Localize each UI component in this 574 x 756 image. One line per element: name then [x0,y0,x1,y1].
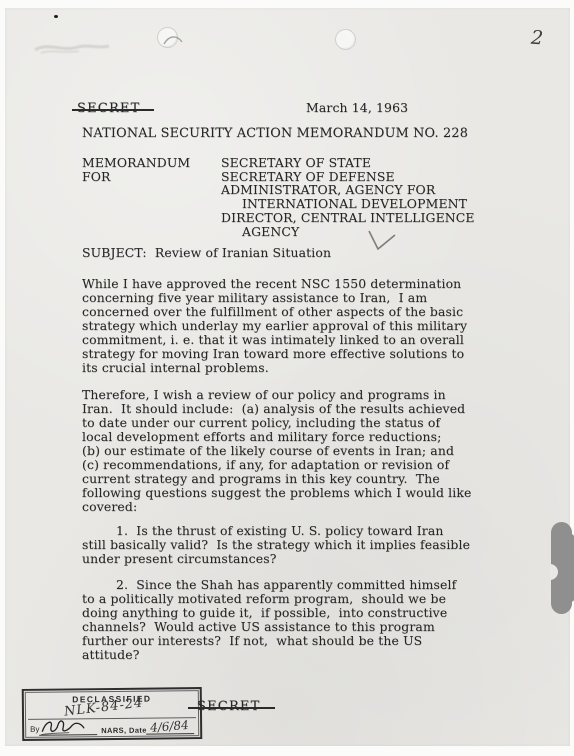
stamp-by-underline [39,734,97,736]
page-number-handwritten: 2 [530,27,544,50]
paper-background: 2 SECRET March 14, 1963 NATIONAL SECURIT… [5,8,570,746]
stamp-date-handwritten: 4/6/84 [150,718,190,735]
stamp-date-underline [146,733,194,735]
ink-dot [54,15,58,18]
declassified-label: DECLASSIFIED [24,693,200,705]
body-paragraph-2: Therefore, I wish a review of our policy… [82,388,564,514]
hole-punch-right [335,29,356,50]
pen-hook-mark [162,33,184,47]
subject-text: Review of Iranian Situation [155,245,331,260]
recipient-line: AGENCY [221,225,475,239]
memorandum-for-block: MEMORANDUM FOR SECRETARY OF STATE SECRET… [82,156,475,238]
signature-scribble [39,717,87,738]
stamp-reference-handwritten: NLK-84-24 [63,696,144,720]
memorandum-for-label: MEMORANDUM FOR [82,156,221,238]
recipient-line: ADMINISTRATOR, AGENCY FOR [221,183,475,197]
classification-stamp-top: SECRET [77,101,141,116]
recipient-line: INTERNATIONAL DEVELOPMENT [221,197,475,211]
body-question-2: 2. Since the Shah has apparently committ… [82,578,564,662]
stamp-by-label: By [30,725,39,734]
body-question-1: 1. Is the thrust of existing U. S. polic… [82,524,564,566]
strikethrough-line [188,707,275,709]
classification-stamp-bottom: SECRET [197,699,261,714]
subject-label: SUBJECT: [82,245,147,260]
stamp-divider-line [28,717,196,720]
subject-line: SUBJECT: Review of Iranian Situation [82,246,331,260]
declassified-stamp: DECLASSIFIED NLK-84-24 By NARS, Date 4/6… [22,687,203,741]
document-date: March 14, 1963 [306,101,408,115]
pencil-smudge [33,38,113,56]
document-title: NATIONAL SECURITY ACTION MEMORANDUM NO. … [82,127,468,141]
subject-spacer [147,245,155,260]
recipient-line: SECRETARY OF STATE [221,156,475,170]
checkmark-annotation [366,226,398,254]
strikethrough-line [72,109,154,111]
recipient-line: DIRECTOR, CENTRAL INTELLIGENCE [221,211,475,225]
recipient-list: SECRETARY OF STATE SECRETARY OF DEFENSE … [221,156,475,238]
stamp-agency-label: NARS, Date [101,726,147,735]
scanned-memo-screenshot: { "document": { "page_number": "2", "cla… [0,0,574,756]
recipient-line: SECRETARY OF DEFENSE [221,170,475,184]
body-paragraph-1: While I have approved the recent NSC 155… [82,277,564,375]
